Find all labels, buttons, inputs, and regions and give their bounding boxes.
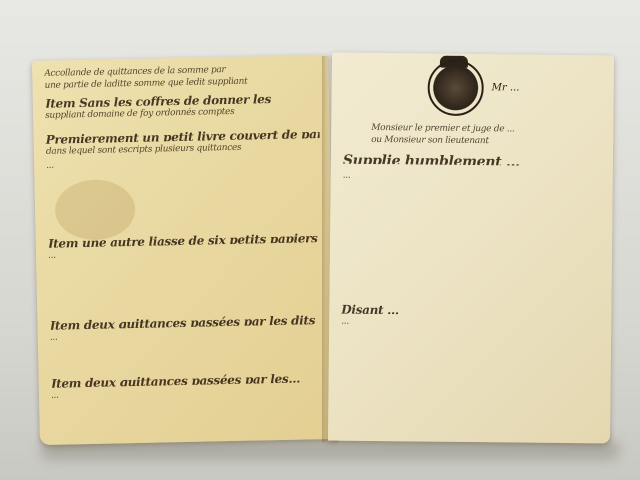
- text-line: ...: [50, 327, 324, 344]
- text-line: ...: [343, 171, 603, 185]
- right-page: Mr ... Monsieur le premier et juge de ..…: [328, 53, 614, 444]
- text-line: ...: [51, 385, 325, 402]
- text-line: ...: [48, 245, 322, 262]
- address-line: ou Monsieur son lieutenant: [371, 135, 603, 148]
- opening-line: Supplie humblement ...: [343, 153, 603, 167]
- text-line: Disant ...: [341, 303, 601, 317]
- text-line: suppliant domaine de foy ordonnés compte…: [45, 105, 319, 122]
- text-line: ...: [341, 317, 601, 331]
- paper-stain: [55, 179, 136, 241]
- seal-caption: Mr ...: [492, 82, 520, 93]
- seal-stamp-icon: [427, 60, 484, 117]
- text-line: ...: [46, 155, 320, 172]
- left-page: Accollande de quittances de la somme par…: [32, 55, 336, 445]
